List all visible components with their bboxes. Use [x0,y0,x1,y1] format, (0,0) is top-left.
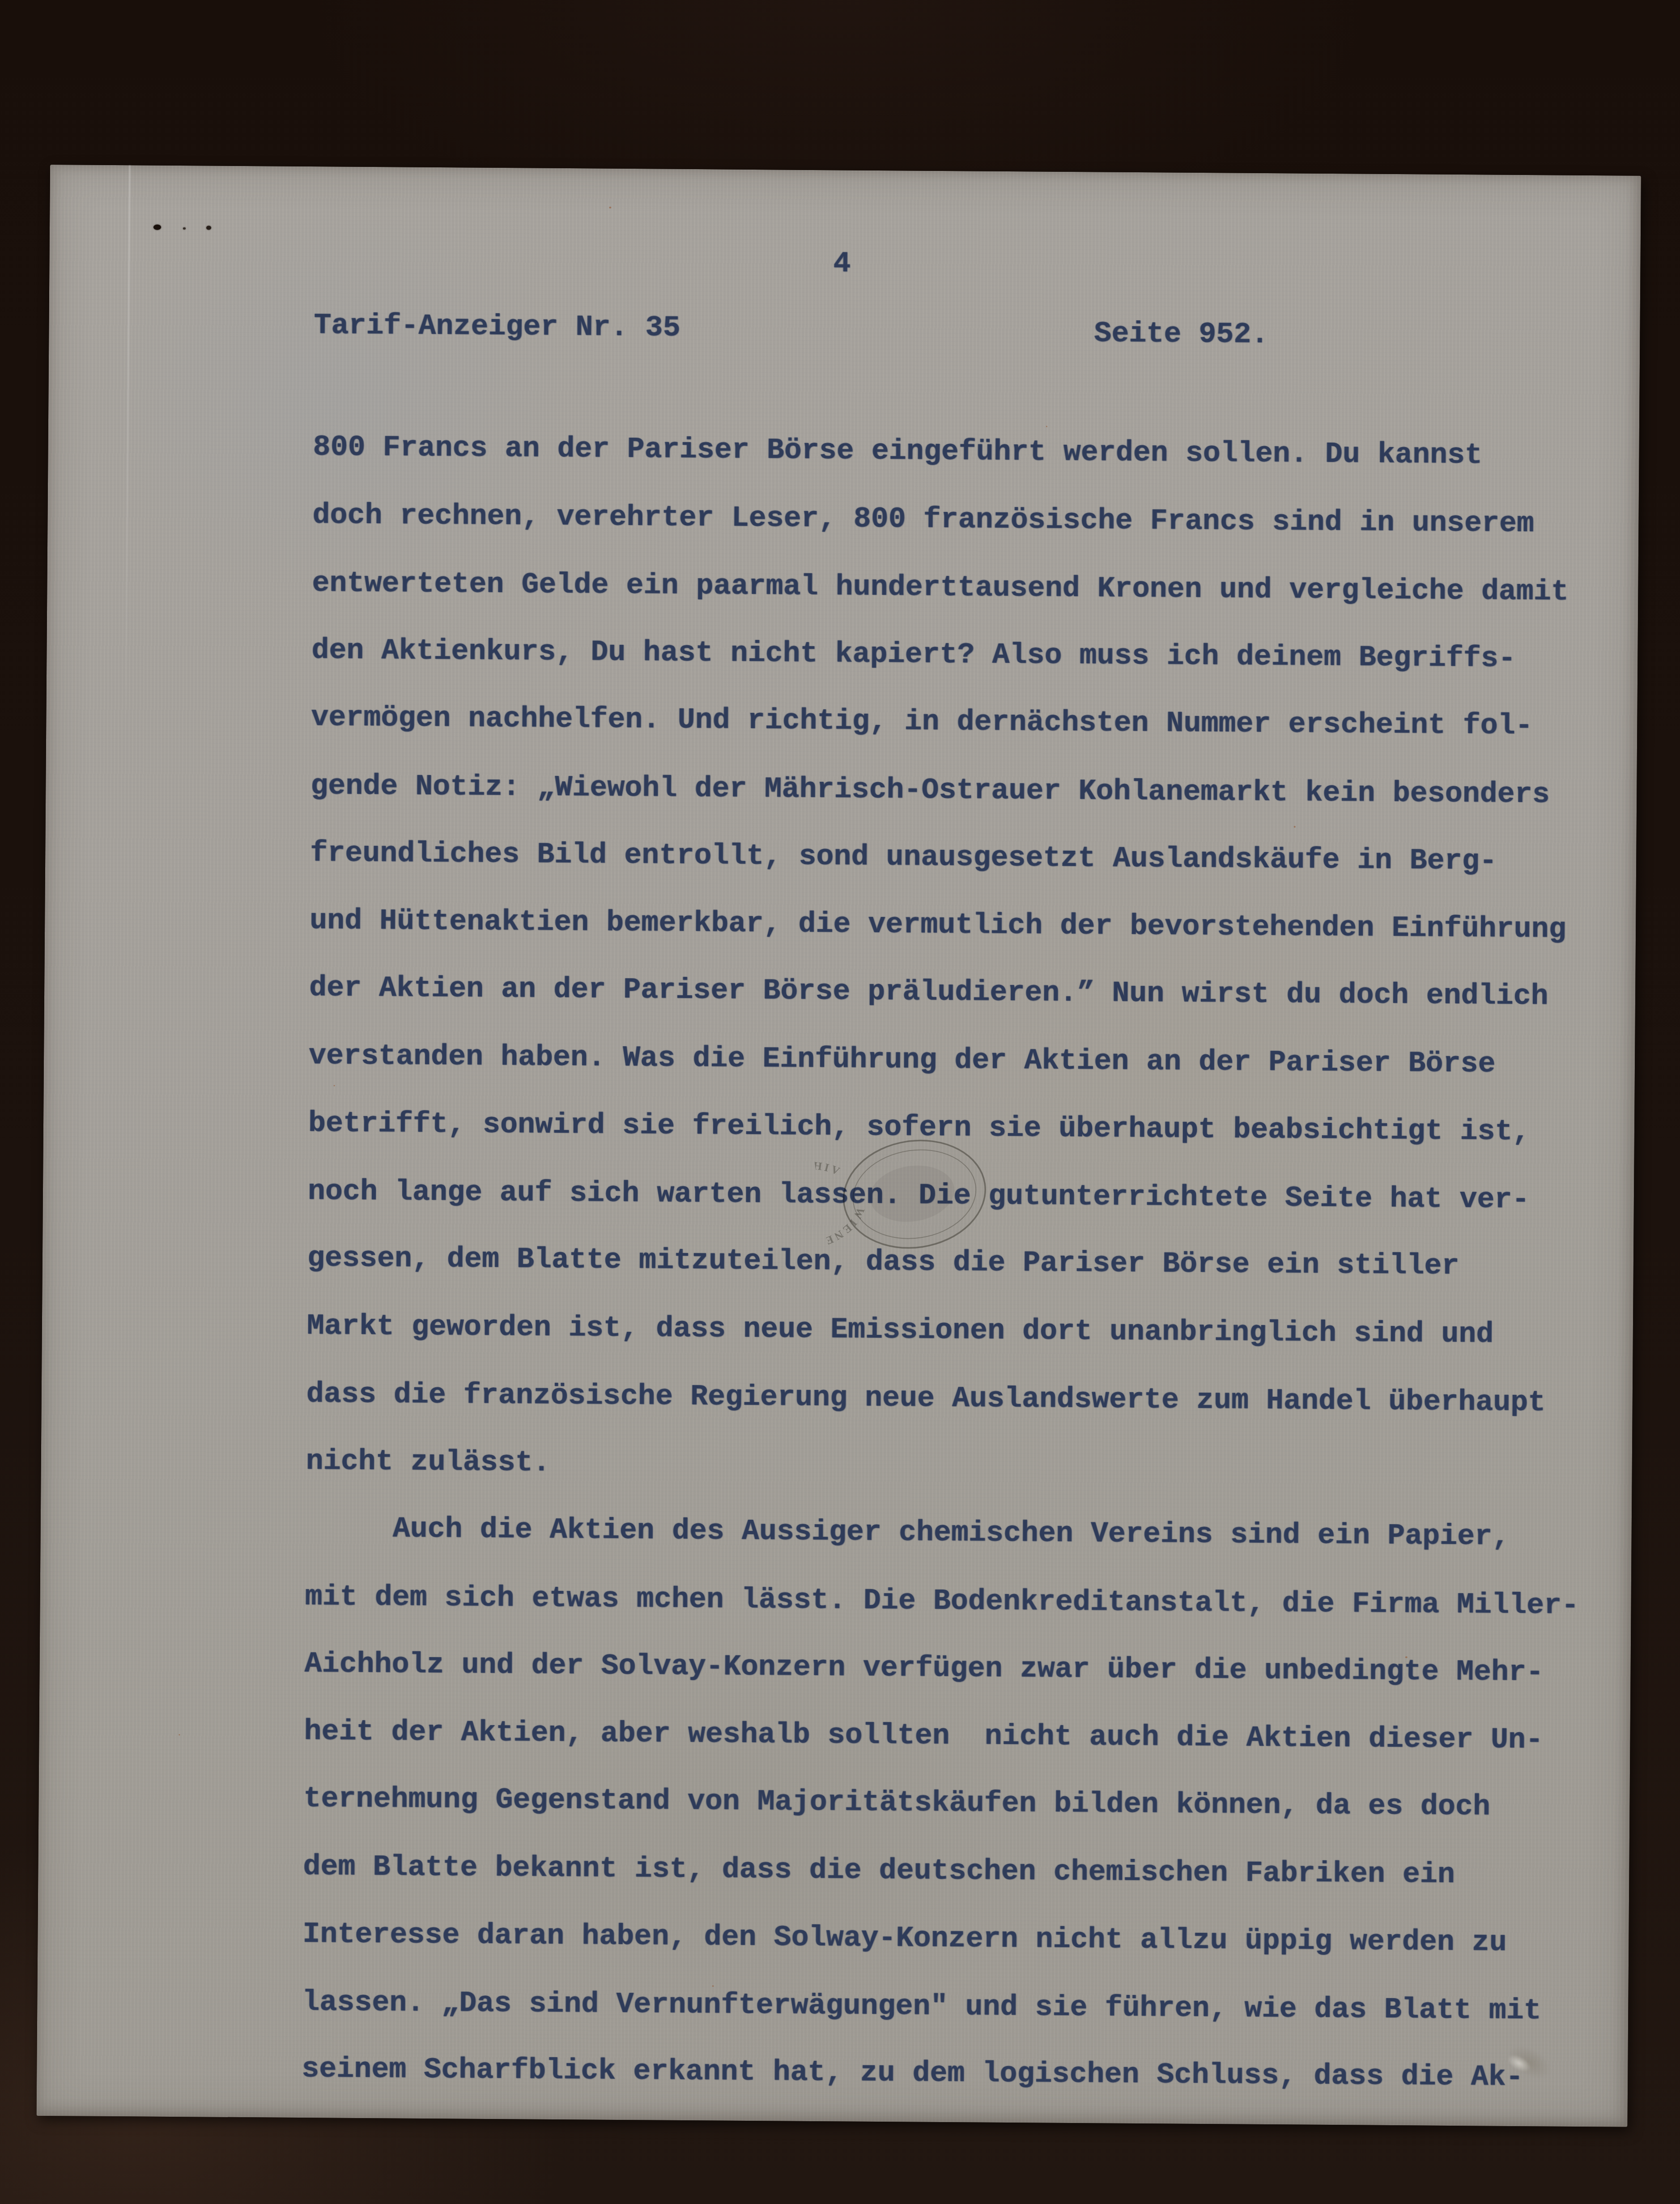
typed-line: Auch die Aktien des Aussiger chemischen … [305,1495,1603,1571]
typed-line: vermögen nachhelfen. Und richtig, in der… [311,684,1609,760]
typed-line: verstanden haben. Was die Einführung der… [309,1022,1607,1099]
archive-stamp: WIENER STADT- U. LANDESARCHIV [812,1114,1017,1275]
scan-background: 4 Tarif-Anzeiger Nr. 35 Seite 952. 800 F… [0,0,1680,2204]
typed-line: nicht zulässt. [306,1428,1603,1504]
document-body: 800 Francs an der Pariser Börse eingefüh… [302,414,1611,2112]
paper-crease [125,165,131,729]
header-page-ref: Seite 952. [1094,317,1269,351]
typed-line: gende Notiz: „Wiewohl der Mährisch-Ostra… [310,752,1608,829]
typed-line: den Aktienkurs, Du hast nicht kapiert? A… [311,617,1609,693]
typed-line: Interesse daran haben, den Solway-Konzer… [302,1901,1600,1977]
typed-line: dem Blatte bekannt ist, dass die deutsch… [303,1833,1601,1910]
typed-line: doch rechnen, verehrter Leser, 800 franz… [312,482,1610,558]
page-number: 4 [833,247,851,280]
typed-line: seinem Scharfblick erkannt hat, zu dem l… [302,2035,1599,2112]
typed-line: mit dem sich etwas mchen lässt. Die Bode… [305,1563,1603,1640]
paper-speck [609,207,611,209]
typed-line: ternehmung Gegenstand von Majoritätskäuf… [303,1765,1601,1842]
paper-hole [206,226,211,230]
typed-line: der Aktien an der Pariser Börse präludie… [309,954,1607,1031]
paper-hole [183,227,186,230]
typed-line: freundliches Bild entrollt, sond unausge… [310,819,1608,896]
typed-line: entwerteten Gelde ein paarmal hunderttau… [312,550,1610,626]
typed-line: und Hüttenaktien bemerkbar, die vermutli… [310,887,1608,963]
typed-line: Aichholz und der Solvay-Konzern verfügen… [304,1630,1602,1707]
typed-line: heit der Aktien, aber weshalb sollten ni… [304,1698,1602,1774]
header-publication: Tarif-Anzeiger Nr. 35 [314,309,681,345]
document-page: 4 Tarif-Anzeiger Nr. 35 Seite 952. 800 F… [37,165,1641,2127]
typed-line: 800 Francs an der Pariser Börse eingefüh… [313,414,1611,490]
paper-speck [179,1734,180,1735]
typed-line: dass die französische Regierung neue Aus… [306,1360,1604,1437]
typed-line: lassen. „Das sind Vernunfterwägungen" un… [302,1969,1600,2045]
typed-line: Markt geworden ist, dass neue Emissionen… [306,1292,1604,1369]
page-header: Tarif-Anzeiger Nr. 35 Seite 952. [49,307,1640,354]
paper-hole [153,225,161,230]
